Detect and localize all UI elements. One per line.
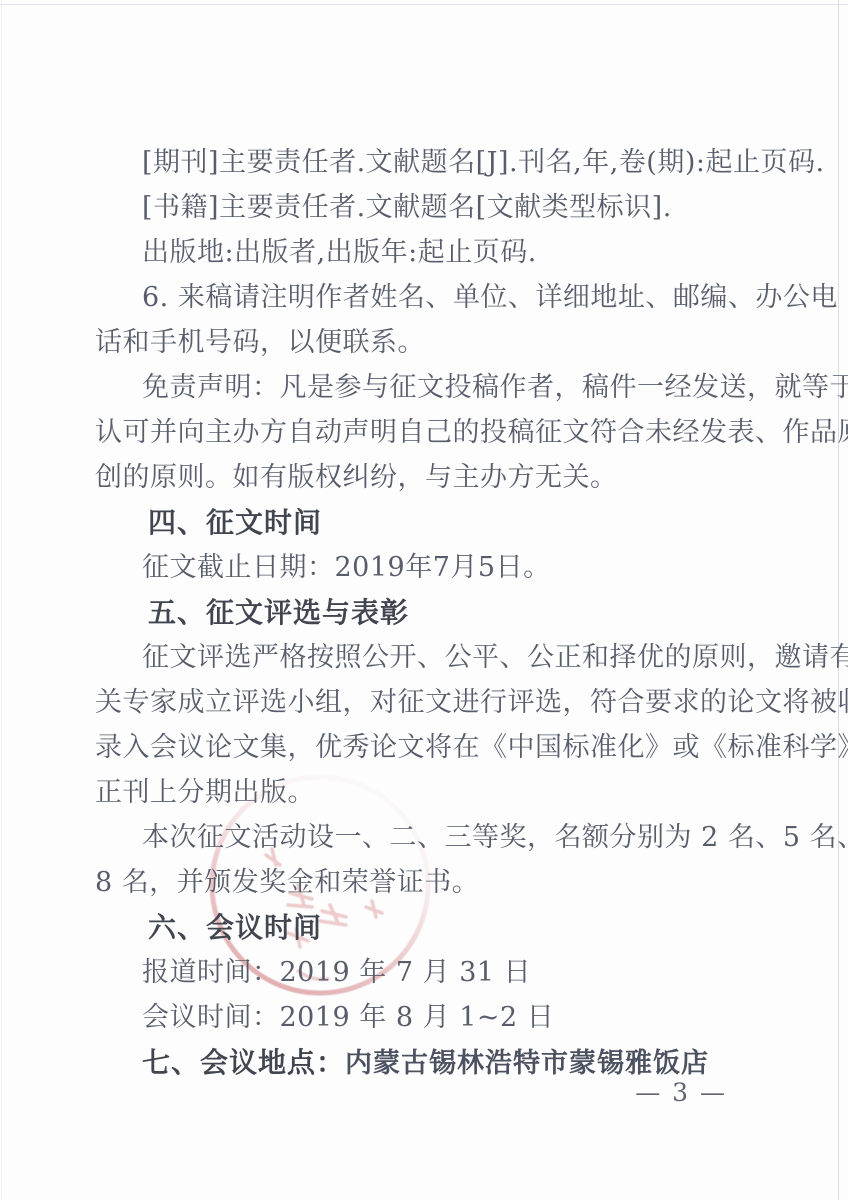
text-line: [期刊]主要责任者.文献题名[J].刊名,年,卷(期):起止页码. — [95, 140, 745, 185]
text-line: [书籍]主要责任者.文献题名[文献类型标识]. — [95, 185, 745, 230]
meeting-location: 内蒙古锡林浩特市蒙锡雅饭店 — [345, 1048, 709, 1079]
document-body: [期刊]主要责任者.文献题名[J].刊名,年,卷(期):起止页码. [书籍]主要… — [0, 0, 848, 1200]
document-page: [期刊]主要责任者.文献题名[J].刊名,年,卷(期):起止页码. [书籍]主要… — [0, 0, 848, 1200]
text-line: 关专家成立评选小组，对征文进行评选，符合要求的论文将被收 — [95, 680, 745, 725]
section-heading-4: 四、征文时间 — [95, 500, 745, 545]
heading-7-label: 七、会议地点： — [142, 1046, 345, 1079]
text-line: 录入会议论文集，优秀论文将在《中国标准化》或《标准科学》 — [95, 725, 745, 770]
text-line: 征文评选严格按照公开、公平、公正和择优的原则，邀请有 — [95, 635, 745, 680]
text-line: 6. 来稿请注明作者姓名、单位、详细地址、邮编、办公电 — [95, 275, 745, 320]
text-line: 报道时间：2019 年 7 月 31 日 — [95, 950, 745, 995]
text-line: 出版地:出版者,出版年:起止页码. — [95, 230, 745, 275]
text-line: 认可并向主办方自动声明自己的投稿征文符合未经发表、作品原 — [95, 410, 745, 455]
text-line: 正刊上分期出版。 — [95, 770, 745, 815]
page-number: — 3 — — [635, 1078, 727, 1107]
text-line: 8 名，并颁发奖金和荣誉证书。 — [95, 860, 745, 905]
text-line: 话和手机号码，以便联系。 — [95, 320, 745, 365]
text-line: 会议时间：2019 年 8 月 1~2 日 — [95, 995, 745, 1040]
text-line: 创的原则。如有版权纠纷，与主办方无关。 — [95, 455, 745, 500]
text-line: 本次征文活动设一、二、三等奖，名额分别为 2 名、5 名、 — [95, 815, 745, 860]
text-line: 免责声明：凡是参与征文投稿作者，稿件一经发送，就等于 — [95, 365, 745, 410]
text-line: 征文截止日期：2019年7月5日。 — [95, 545, 745, 590]
section-heading-6: 六、会议时间 — [95, 905, 745, 950]
section-heading-5: 五、征文评选与表彰 — [95, 590, 745, 635]
